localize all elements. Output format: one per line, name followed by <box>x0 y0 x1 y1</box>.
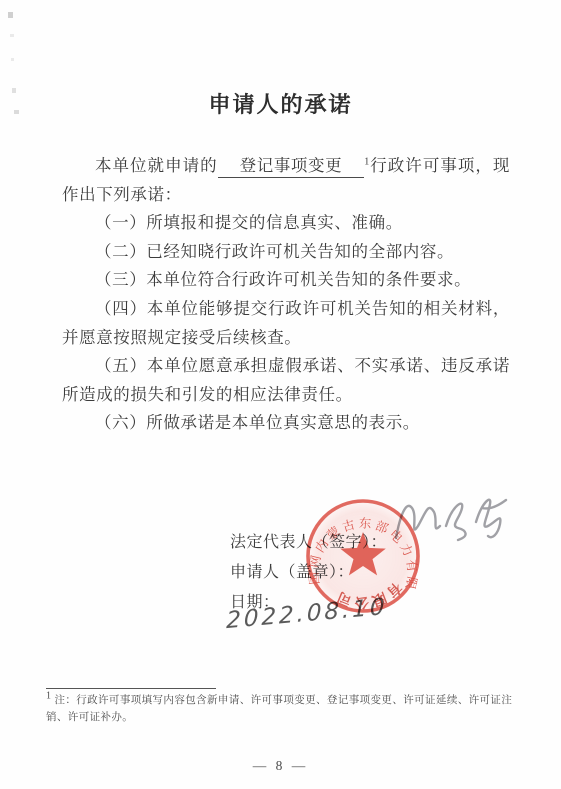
commitment-item-5: （五）本单位愿意承担虚假承诺、不实承诺、违反承诺所造成的损失和引发的相应法律责任… <box>62 352 510 409</box>
footnote-divider <box>46 688 216 689</box>
commitment-item-1: （一）所填报和提交的信息真实、准确。 <box>62 209 510 238</box>
commitment-item-3: （三）本单位符合行政许可机关告知的条件要求。 <box>62 266 510 295</box>
footnote: 1 注：行政许可事项填写内容包含新申请、许可事项变更、登记事项变更、许可证延续、… <box>46 688 524 726</box>
blank-underline: 登记事项变更 <box>218 156 365 178</box>
commitment-item-6: （六）所做承诺是本单位真实意思的表示。 <box>62 409 510 438</box>
scanned-document-page: 申请人的承诺 本单位就申请的登记事项变更1行政许可事项，现作出下列承诺： （一）… <box>0 0 561 789</box>
page-title: 申请人的承诺 <box>0 88 561 119</box>
legal-rep-signature-label: 法定代表人（签字）： <box>230 528 387 558</box>
intro-prefix: 本单位就申请的 <box>95 156 218 175</box>
page-number: — 8 — <box>0 758 561 774</box>
intro-paragraph: 本单位就申请的登记事项变更1行政许可事项，现作出下列承诺： <box>62 152 510 209</box>
commitment-item-4: （四）本单位能够提交行政许可机关告知的相关材料，并愿意按照规定接受后续核查。 <box>62 295 510 352</box>
document-body: 本单位就申请的登记事项变更1行政许可事项，现作出下列承诺： （一）所填报和提交的… <box>62 152 510 438</box>
commitment-item-2: （二）已经知晓行政许可机关告知的全部内容。 <box>62 238 510 267</box>
footnote-text: 注：行政许可事项填写内容包含新申请、许可事项变更、登记事项变更、许可证延续、许可… <box>46 695 512 723</box>
footnote-text-block: 1 注：行政许可事项填写内容包含新申请、许可事项变更、登记事项变更、许可证延续、… <box>46 693 524 726</box>
handwritten-signature <box>392 486 512 558</box>
scan-artifact <box>8 12 13 18</box>
applicant-seal-label: 申请人（盖章）： <box>230 558 387 588</box>
blank-value: 登记事项变更 <box>240 156 343 175</box>
footnote-marker: 1 <box>46 691 51 702</box>
scan-artifact <box>11 58 14 61</box>
scan-artifact <box>10 34 14 37</box>
